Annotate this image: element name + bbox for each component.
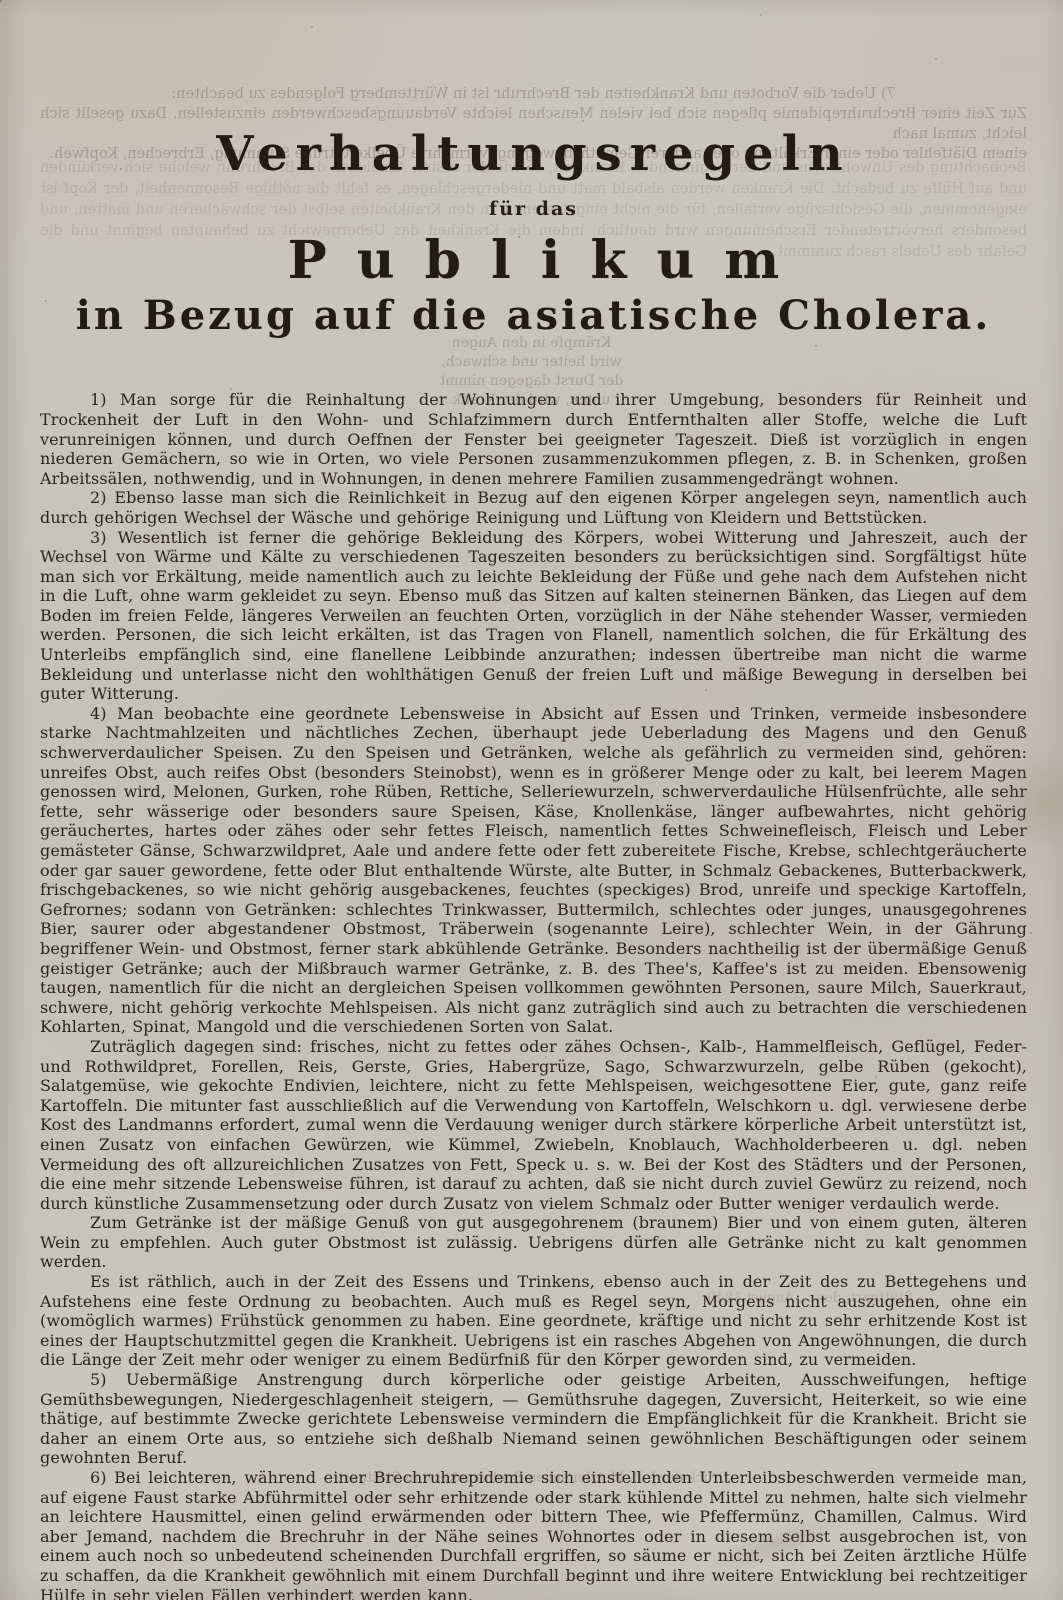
title-subtitle-fuer-das: für das	[40, 198, 1027, 220]
body-paragraph-2: 2) Ebenso lasse man sich die Reinlichkei…	[40, 488, 1027, 527]
paper-sheet: 7) Ueber die Vorboten und Krankheiten de…	[0, 0, 1063, 1600]
body-paragraph-4: 4) Man beobachte eine geordnete Lebenswe…	[40, 704, 1027, 1037]
body-paragraph-3: 3) Wesentlich ist ferner die gehörige Be…	[40, 528, 1027, 704]
body-paragraph-7: Es ist räthlich, auch in der Zeit des Es…	[40, 1272, 1027, 1370]
paper-stain	[210, 1318, 256, 1348]
page-title: Verhaltungsregeln	[40, 128, 1027, 182]
paper-speckles	[0, 0, 2, 2]
body-text: 1) Man sorge für die Reinhaltung der Woh…	[40, 390, 1027, 1600]
body-paragraph-5: Zuträglich dagegen sind: frisches, nicht…	[40, 1037, 1027, 1213]
title-cholera-line: in Bezug auf die asiatische Cholera.	[40, 294, 1027, 338]
title-publikum: Publikum	[40, 234, 1027, 289]
document-content: Verhaltungsregeln für das Publikum in Be…	[40, 0, 1027, 1600]
body-paragraph-9: 6) Bei leichteren, während einer Brechru…	[40, 1468, 1027, 1600]
body-paragraph-8: 5) Uebermäßige Anstrengung durch körperl…	[40, 1370, 1027, 1468]
body-paragraph-6: Zum Getränke ist der mäßige Genuß von gu…	[40, 1213, 1027, 1272]
body-paragraph-1: 1) Man sorge für die Reinhaltung der Woh…	[40, 390, 1027, 488]
